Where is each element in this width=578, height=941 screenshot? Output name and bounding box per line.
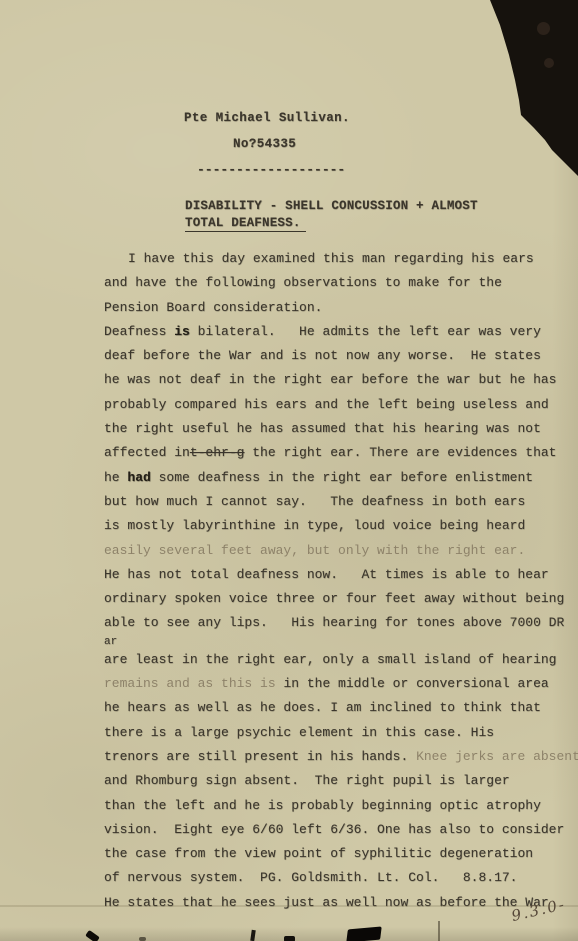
document-line: I have this day examined this man regard… — [104, 247, 570, 271]
line-segment: than the left and he is probably beginni… — [104, 798, 541, 813]
line-segment: deaf before the War and is not now any w… — [104, 348, 541, 363]
disability-heading-line2: TOTAL DEAFNESS. — [185, 216, 306, 232]
document-line: the right useful he has assumed that his… — [104, 417, 570, 441]
line-segment: is — [174, 324, 190, 339]
line-segment: he was not deaf in the right ear before … — [104, 372, 556, 387]
line-segment: the case from the view point of syphilit… — [104, 846, 533, 861]
document-line: Deafness is bilateral. He admits the lef… — [104, 320, 570, 344]
line-segment: he — [104, 470, 127, 485]
disability-heading-line1: DISABILITY - SHELL CONCUSSION + ALMOST — [185, 199, 478, 213]
document-line: trenors are still present in his hands. … — [104, 745, 570, 769]
document-line: the case from the view point of syphilit… — [104, 842, 570, 866]
document-line: he had some deafness in the right ear be… — [104, 466, 570, 490]
service-number: No?54335 — [233, 137, 296, 151]
line-segment: and have the following observations to m… — [104, 275, 502, 290]
line-segment: He states that he sees just as well now … — [104, 895, 549, 910]
line-segment: t-ehr-g — [190, 445, 245, 460]
document-line: and Rhomburg sign absent. The right pupi… — [104, 769, 570, 793]
ink-smudge — [438, 921, 440, 941]
document-line: He has not total deafness now. At times … — [104, 563, 570, 587]
line-segment: the right ear. There are evidences that — [244, 445, 556, 460]
line-segment: He has not total deafness now. At times … — [104, 567, 549, 582]
line-segment: in the middle or conversional area — [276, 676, 549, 691]
line-segment: easily several feet away, but only with … — [104, 543, 525, 558]
line-segment: ordinary spoken voice three or four feet… — [104, 591, 564, 606]
ink-smudge — [346, 926, 381, 941]
document-line: vision. Eight eye 6/60 left 6/36. One ha… — [104, 818, 570, 842]
line-segment: are least in the right ear, only a small… — [104, 652, 556, 667]
document-line: able to see any lips. His hearing for to… — [104, 611, 570, 635]
document-line: are least in the right ear, only a small… — [104, 648, 570, 672]
line-segment: of nervous system. PG. Goldsmith. Lt. Co… — [104, 870, 517, 885]
line-segment: some deafness in the right ear before en… — [151, 470, 533, 485]
ink-smudge — [85, 930, 100, 941]
patient-name: Pte Michael Sullivan. — [184, 111, 350, 125]
line-segment: I have this day examined this man regard… — [128, 251, 534, 266]
document-line: but how much I cannot say. The deafness … — [104, 490, 570, 514]
line-segment: is mostly labyrinthine in type, loud voi… — [104, 518, 525, 533]
document-line: ordinary spoken voice three or four feet… — [104, 587, 570, 611]
document-line: is mostly labyrinthine in type, loud voi… — [104, 514, 570, 538]
line-segment: but how much I cannot say. The deafness … — [104, 494, 525, 509]
line-segment: Pension Board consideration. — [104, 300, 322, 315]
tear-spot — [537, 22, 550, 35]
line-segment: remains and as this is — [104, 676, 276, 691]
line-segment: able to see any lips. His hearing for to… — [104, 615, 564, 630]
document-page: Pte Michael Sullivan. No?54335 ---------… — [0, 0, 578, 941]
document-line: he hears as well as he does. I am inclin… — [104, 696, 570, 720]
line-segment: and Rhomburg sign absent. The right pupi… — [104, 773, 510, 788]
document-line: there is a large psychic element in this… — [104, 721, 570, 745]
tear-spot — [544, 58, 554, 68]
document-line: He states that he sees just as well now … — [104, 891, 570, 915]
document-line: he was not deaf in the right ear before … — [104, 368, 570, 392]
line-segment: had — [127, 470, 150, 485]
paper-crease — [0, 905, 578, 907]
document-line: Pension Board consideration. — [104, 296, 570, 320]
line-segment: affected in — [104, 445, 190, 460]
line-segment: there is a large psychic element in this… — [104, 725, 494, 740]
line-segment: he hears as well as he does. I am inclin… — [104, 700, 541, 715]
document-line: than the left and he is probably beginni… — [104, 794, 570, 818]
document-line: deaf before the War and is not now any w… — [104, 344, 570, 368]
line-segment: trenors are still present in his hands. — [104, 749, 416, 764]
document-line: ar — [104, 636, 570, 648]
line-segment: ar — [104, 636, 117, 648]
line-segment: Knee jerks are absent — [416, 749, 578, 764]
document-line: easily several feet away, but only with … — [104, 539, 570, 563]
ink-smudge — [284, 936, 295, 941]
line-segment: probably compared his ears and the left … — [104, 397, 549, 412]
ink-smudge — [139, 937, 146, 941]
document-line: of nervous system. PG. Goldsmith. Lt. Co… — [104, 866, 570, 890]
document-line: remains and as this is in the middle or … — [104, 672, 570, 696]
dashed-separator: ------------------- — [197, 162, 345, 177]
document-photo: Pte Michael Sullivan. No?54335 ---------… — [0, 0, 578, 941]
document-line: probably compared his ears and the left … — [104, 393, 570, 417]
line-segment: vision. Eight eye 6/60 left 6/36. One ha… — [104, 822, 564, 837]
line-segment: the right useful he has assumed that his… — [104, 421, 541, 436]
document-line: affected int-ehr-g the right ear. There … — [104, 441, 570, 465]
document-body: I have this day examined this man regard… — [104, 247, 570, 915]
line-segment: bilateral. He admits the left ear was ve… — [190, 324, 541, 339]
line-segment: Deafness — [104, 324, 174, 339]
ink-smudge — [250, 930, 255, 941]
document-line: and have the following observations to m… — [104, 271, 570, 295]
